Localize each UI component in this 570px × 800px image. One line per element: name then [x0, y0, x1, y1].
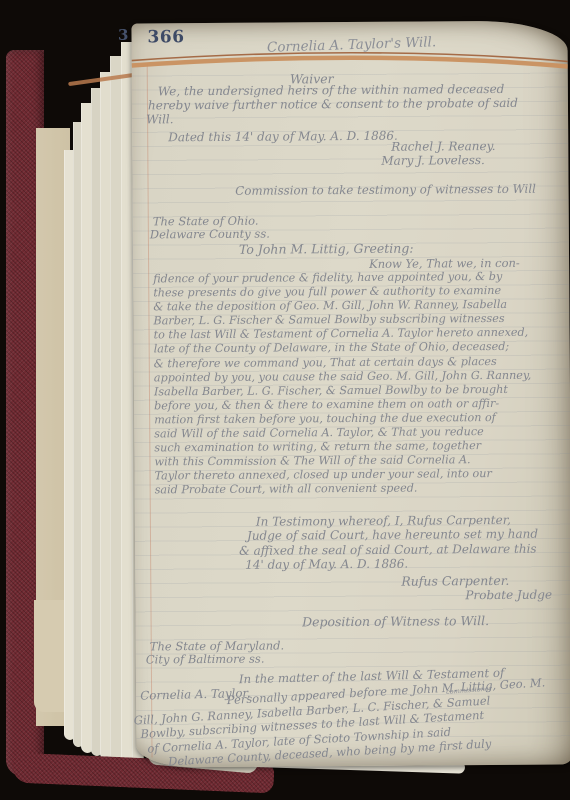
handwritten-line: said Probate Court, with all convenient … — [155, 481, 532, 498]
ledger-photo: 3 366 Cornelia A. Taylor's Will. Waiver … — [0, 0, 570, 800]
handwritten-line: & affixed the seal of said Court, at Del… — [239, 542, 538, 558]
signature: Rufus Carpenter. — [401, 573, 509, 589]
previous-page-number: 3 — [118, 26, 128, 44]
commission-heading: Commission to take testimony of witnesse… — [223, 182, 549, 198]
signature: Rachel J. Reaney. — [391, 139, 495, 154]
waiver-date-line: Dated this 14' day of May. A. D. 1886. — [168, 129, 398, 145]
handwritten-line: Will. — [146, 110, 518, 127]
testimonium-block: In Testimony whereof, I, Rufus Carpenter… — [135, 513, 538, 573]
handwritten-line: such examination to writing, & return th… — [154, 439, 531, 456]
handwritten-line: 14' day of May. A. D. 1886. — [245, 556, 538, 572]
venue-line: City of Baltimore ss. — [146, 652, 265, 667]
signature-title: Probate Judge — [465, 588, 552, 603]
page-number: 366 — [147, 27, 184, 47]
commission-body: fidence of your prudence & fidelity, hav… — [153, 270, 532, 498]
signature: Mary J. Loveless. — [381, 153, 485, 168]
salutation-line: To John M. Littig, Greeting: — [239, 241, 414, 257]
ledger-page: 366 Cornelia A. Taylor's Will. Waiver We… — [131, 20, 570, 767]
deposition-heading: Deposition of Witness to Will. — [276, 613, 516, 630]
waiver-body: We, the undersigned heirs of the within … — [146, 82, 518, 127]
handwritten-line: Know Ye, That we, in con- — [369, 256, 520, 271]
venue-line: Delaware County ss. — [150, 227, 270, 242]
